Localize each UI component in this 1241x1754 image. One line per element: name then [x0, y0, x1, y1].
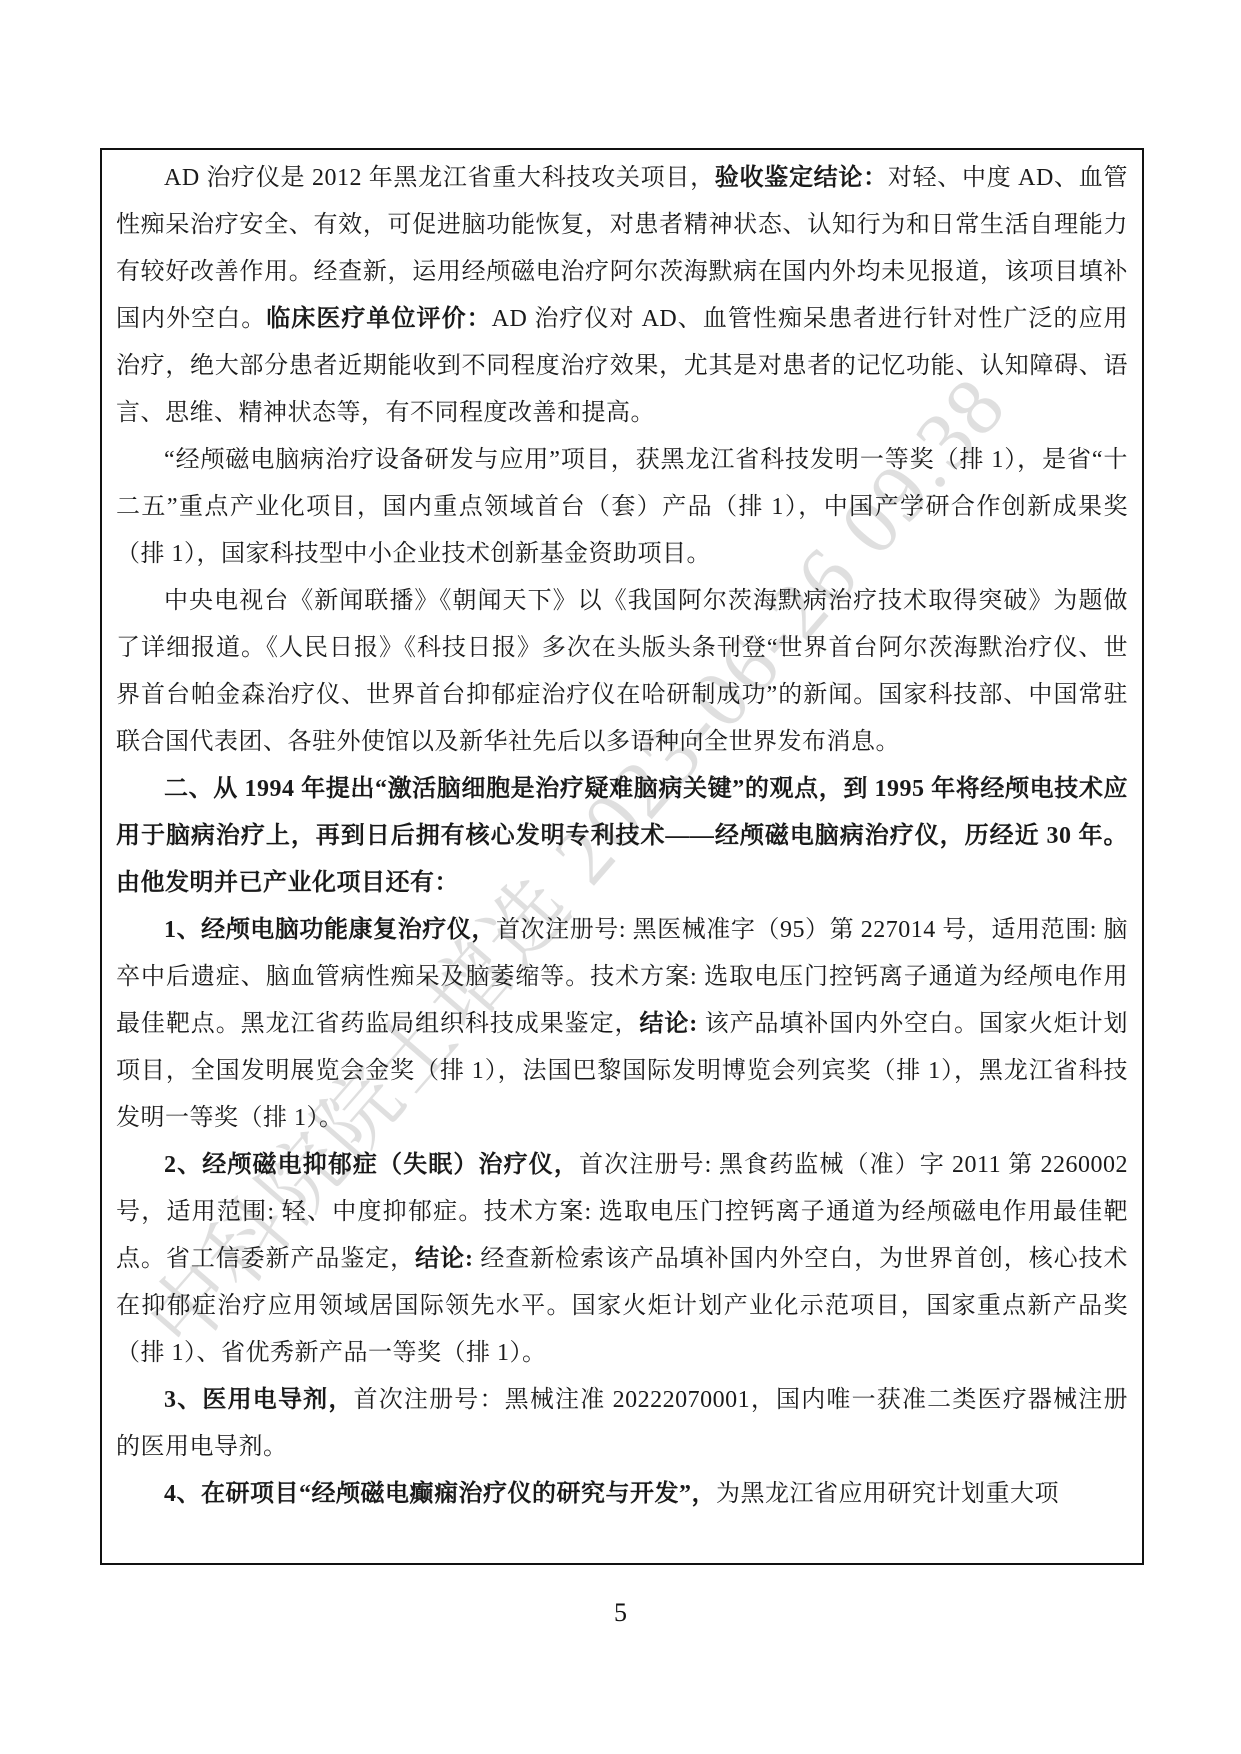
- text-run: 为黑龙江省应用研究计划重大项: [716, 1481, 1059, 1507]
- page-number: 5: [0, 1598, 1241, 1628]
- paragraph: 中央电视台《新闻联播》《朝闻天下》以《我国阿尔茨海默病治疗技术取得突破》为题做了…: [116, 578, 1128, 766]
- paragraph: 2、经颅磁电抑郁症（失眠）治疗仪，首次注册号: 黑食药监械（准）字 2011 第…: [116, 1142, 1128, 1377]
- paragraph: 二、从 1994 年提出“激活脑细胞是治疗疑难脑病关键”的观点，到 1995 年…: [116, 766, 1128, 907]
- document-content-box: AD 治疗仪是 2012 年黑龙江省重大科技攻关项目，验收鉴定结论：对轻、中度 …: [100, 148, 1144, 1565]
- text-run: 2、经颅磁电抑郁症（失眠）治疗仪，: [164, 1152, 579, 1178]
- paragraph: 4、在研项目“经颅磁电癫痫治疗仪的研究与开发”，为黑龙江省应用研究计划重大项: [116, 1471, 1128, 1518]
- paragraph: “经颅磁电脑病治疗设备研发与应用”项目，获黑龙江省科技发明一等奖（排 1），是省…: [116, 437, 1128, 578]
- text-run: 结论:: [415, 1246, 473, 1272]
- paragraph: 3、医用电导剂，首次注册号：黑械注准 20222070001，国内唯一获准二类医…: [116, 1377, 1128, 1471]
- text-run: 4、在研项目“经颅磁电癫痫治疗仪的研究与开发”，: [164, 1481, 716, 1507]
- document-page: { "page": { "number": "5" }, "watermark"…: [0, 0, 1241, 1754]
- text-run: 3、医用电导剂，: [164, 1387, 354, 1413]
- text-run: 临床医疗单位评价：: [266, 306, 491, 332]
- text-run: AD 治疗仪是 2012 年黑龙江省重大科技攻关项目，: [164, 165, 715, 191]
- text-run: 二、从 1994 年提出“激活脑细胞是治疗疑难脑病关键”的观点，到 1995 年…: [116, 776, 1128, 896]
- text-run: “经颅磁电脑病治疗设备研发与应用”项目，获黑龙江省科技发明一等奖（排 1），是省…: [116, 447, 1128, 567]
- text-run: 中央电视台《新闻联播》《朝闻天下》以《我国阿尔茨海默病治疗技术取得突破》为题做了…: [116, 588, 1128, 755]
- text-run: 验收鉴定结论：: [715, 165, 888, 191]
- document-body: AD 治疗仪是 2012 年黑龙江省重大科技攻关项目，验收鉴定结论：对轻、中度 …: [116, 155, 1128, 1518]
- text-run: 1、经颅电脑功能康复治疗仪，: [164, 917, 496, 943]
- paragraph: 1、经颅电脑功能康复治疗仪，首次注册号: 黑医械准字（95）第 227014 号…: [116, 907, 1128, 1142]
- text-run: 结论:: [639, 1011, 697, 1037]
- paragraph: AD 治疗仪是 2012 年黑龙江省重大科技攻关项目，验收鉴定结论：对轻、中度 …: [116, 155, 1128, 437]
